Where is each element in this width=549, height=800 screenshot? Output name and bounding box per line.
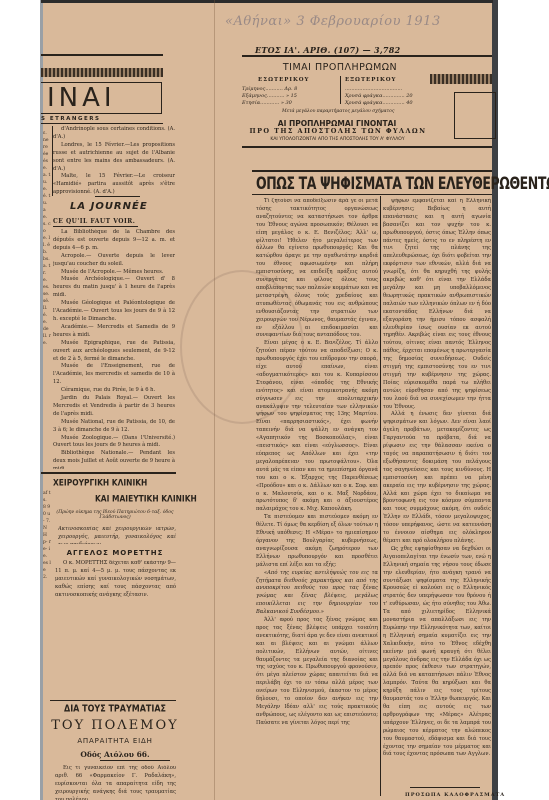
listings-bottom-rule	[41, 472, 176, 474]
listing-item: Bibliothèque Nationale.— Pendant les deu…	[53, 450, 175, 469]
article-column-1: Τί ζητούσι να αποδείξωσιν άρά γε οι μετά…	[256, 198, 378, 800]
price-row-foreign: Χρυσά φράγκα.............. 40	[345, 100, 413, 106]
article-paragraph: Άλλ' αφού προς τας ξένας γνώμας και προς…	[256, 617, 378, 728]
clinic-ad-specialties: Ακτινοσκοπίας καί χειρουργικών ιατρών, χ…	[58, 526, 176, 544]
clinic-ad-doctor: ΑΓΓΕΛΟΣ ΜΟΡΕΤΤΗΣ	[50, 549, 180, 557]
article-paragraph: Αλλά η ένωσις δεν γίνεται διά ψηφισμάτων…	[383, 411, 491, 545]
price-row-domestic: Τρίμηνος........... Δρ. 8	[242, 86, 297, 92]
listing-item: Musée Zoologique.— (Dans l'Université.) …	[53, 435, 175, 451]
prices-title: ΤΙΜΑΙ ΠΡΟΠΛΗΡΩΜΩΝ	[270, 62, 410, 73]
issue-number: ΕΤΟΣ ΙΑ'. ΑΡΙΘ. (107) — 3,782	[255, 45, 401, 55]
prices-divider	[340, 76, 341, 104]
masthead-subtitle: S ETRANGERS	[41, 116, 100, 122]
wounded-ad-address: Οδός Αιόλου 66.	[50, 750, 180, 759]
article-paragraph: Είναι μέγας ο κ. Ε. Βενιζέλος. Τί άλλο ζ…	[256, 340, 378, 514]
article-headline: ΟΠΩΣ ΤΑ ΨΗΦΙΣΜΑΤΑ ΤΩΝ ΕΛΕΥΘΕΡΩΘΕΝΤΩΝ	[256, 173, 494, 193]
listing-item: La Bibliothèque de la Chambre des député…	[53, 229, 175, 253]
listing-item: Musée Archéologique.— Ouvert d' 8 heures…	[53, 276, 175, 300]
article-end-rule	[410, 787, 480, 788]
prices-bottom-rule	[242, 146, 492, 148]
article-paragraph: Τα πιστεύομεν και πιστεύομεν ακόμη εν θέ…	[256, 514, 378, 569]
section-subtitle-rule	[53, 226, 138, 227]
article-quote: «Από της ευρείας αντιλήψεώς του εις τα ζ…	[256, 570, 378, 617]
listing-item: Musée de l'Enseignement, rue de l'Académ…	[53, 363, 175, 387]
price-row-domestic: Ετησία............ » 30	[242, 100, 292, 106]
headline-bottom-rule	[252, 194, 492, 195]
section-title-la-journee: LA JOURNÉE	[70, 201, 148, 212]
listings-column: La Bibliothèque de la Chambre des député…	[53, 229, 175, 469]
issue-rule	[242, 55, 492, 57]
price-row-foreign: ....................................	[345, 86, 402, 92]
article-column-2: ψήφων εμφανίζεται καί η Ελληνική κυβέρνη…	[383, 198, 491, 783]
cut-off-column-left-lower: af ts. 8 90 u- 7. N H p- re- ie. es le 2…	[43, 490, 51, 790]
listing-item: Musée Géologique et Paléontologique de l…	[53, 300, 175, 324]
masthead-frieze	[41, 68, 163, 77]
clinic-ad-title-line1: ΧΕΙΡΟΥΡΓΙΚΗ ΚΛΙΝΙΚΗ	[53, 477, 147, 488]
clinic-ad-title-line2: ΚΑΙ ΜΑΙΕΥΤΙΚΗ ΚΛΙΝΙΚΗ	[95, 493, 197, 504]
clinic-ad-address: (Πρώην οίκημα της Ιδεού Πατηριώτου 6-ταξ…	[50, 510, 180, 520]
clinic-ad-paragraph: Ο κ. ΜΟΡΕΤΤΗΣ δέχεται καθ' εκάστην 9—11 …	[55, 560, 176, 600]
article-column-divider	[380, 196, 381, 796]
article-paragraph: Ως χθες εψηφίσθησαν να δεχθώσι οι Αιγαιο…	[383, 546, 491, 759]
wounded-ad-line1: ΔΙΑ ΤΟΥΣ ΤΡΑΥΜΑΤΙΑΣ	[50, 703, 180, 714]
masthead-bottom-rule	[41, 123, 163, 124]
handwritten-date-annotation: «Αθήναι» 3 Φεβρουαρίου 1913	[225, 14, 441, 29]
wounded-ad-paragraph: Εις τι γυναικείον επί της οδού Αιόλου αρ…	[55, 765, 176, 800]
listing-item: Musée Epigraphique, rue de Patissia, ouv…	[53, 340, 175, 364]
listing-item: Céramique, rue du Pirée, le 9 à 6 h.	[53, 387, 175, 395]
dispatch: Malte, le 15 Février.—Le croiseur «Hamid…	[53, 173, 175, 194]
wounded-ad-address-rule	[100, 760, 170, 761]
listing-item: Jardin du Palais Royal.— Ouvert les Merc…	[53, 395, 175, 419]
wounded-ad-body: Εις τι γυναικείον επί της οδού Αιόλου αρ…	[55, 765, 176, 800]
dispatch: Londres, le 15 Février.—Les propositions…	[53, 142, 175, 174]
clinic-ad-body: Ο κ. ΜΟΡΕΤΤΗΣ δέχεται καθ' εκάστην 9—11 …	[55, 560, 176, 664]
next-article-heading: ΠΡΟΣΩΠΑ ΚΑΛΟΦΡΑΣΜΑΤΑ	[405, 792, 505, 798]
news-dispatches: d'Andrinople sous certaines conditions. …	[53, 126, 175, 194]
prices-note: Μετά μεγάλου παραρτήματος μεγάλου σχήματ…	[282, 109, 394, 114]
headline-top-rule	[252, 170, 492, 172]
prepayment-notice-line3: ΚΑΙ ΥΠΟΛΟΓΙΖΟΝΤΑΙ ΑΠΟ ΤΗΣ ΑΠΟΣΤΟΛΗΣ ΤΟΥ …	[240, 137, 435, 142]
domestic-heading: ΕΣΩΤΕΡΙΚΟΥ	[258, 77, 309, 83]
clinic-ad-bottom-rule	[50, 700, 176, 701]
wounded-ad-line3: ΑΠΑΡΑΙΤΗΤΑ ΕΙΔΗ	[50, 737, 180, 745]
listing-item: Musée National, rue de Patissia, de 10, …	[53, 419, 175, 435]
listing-item: Académie.— Mercredis et Samedis de 9 heu…	[53, 324, 175, 340]
prepayment-notice-line2: ΠΡΟ ΤΗΣ ΑΠΟΣΤΟΛΗΣ ΤΩΝ ΦΥΛΛΩΝ	[238, 127, 438, 135]
article-paragraph: ψήφων εμφανίζεται καί η Ελληνική κυβέρνη…	[383, 198, 491, 411]
price-row-domestic: Εξάμηνος........... » 15	[242, 93, 297, 99]
pillar-ornament	[454, 92, 496, 139]
section-ornament-rule	[95, 196, 140, 197]
price-row-foreign: Χρυσά φράγκα.............. 20	[345, 93, 413, 99]
masthead-title: INAI	[47, 83, 116, 113]
cut-off-column-left: ε. ne re ée és e. a. tu. e. é. tu. a e. …	[43, 130, 51, 470]
masthead-top-rule	[41, 54, 163, 56]
top-border	[41, 0, 493, 3]
wounded-ad-line2: ΤΟΥ ΠΟΛΕΜΟΥ	[50, 718, 180, 733]
listing-item: Acropole.— Ouverte depuis le lever jusqu…	[53, 253, 175, 269]
pillar-capital-ornament	[430, 74, 492, 84]
section-subtitle: CE QU'IL FAUT VOIR.	[53, 218, 135, 225]
foreign-heading: ΕΞΩΤΕΡΙΚΟΥ	[345, 77, 396, 83]
dispatch: d'Andrinople sous certaines conditions. …	[53, 126, 175, 142]
article-paragraph: Τί ζητούσι να αποδείξωσιν άρά γε οι μετά…	[256, 198, 378, 340]
